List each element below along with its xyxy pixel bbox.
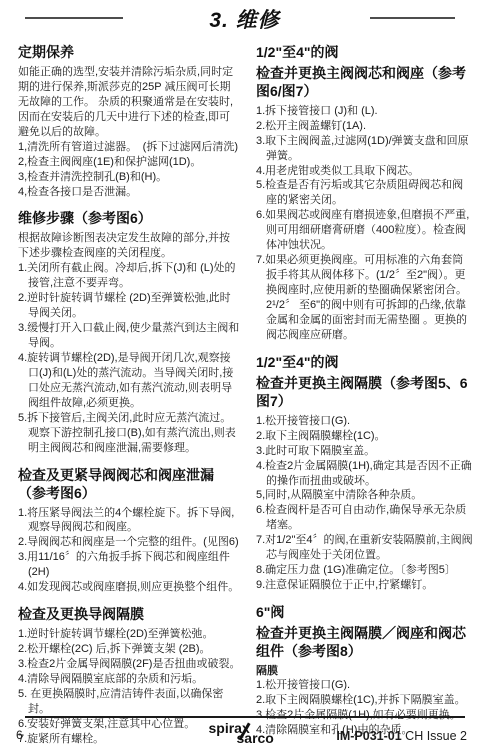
list-item: 1,清洗所有管道过滤器。 (拆下过滤网后清洗) xyxy=(18,140,241,155)
list-item: 4.检查2片金属隔膜(1H),确定其是否因不正确的操作而扭曲或破坏。 xyxy=(256,459,474,489)
list-item: 4,检查各接口是否泄漏。 xyxy=(18,185,241,200)
section-heading: 1/2"至4"的阀 xyxy=(256,44,474,62)
list-item: 3,检查并清洗控制孔(B)和(H)。 xyxy=(18,170,241,185)
list-item: 3.检查2片金属导阀隔膜(2F)是否扭曲或破裂。 xyxy=(18,657,241,672)
document-page: 3. 维修 定期保养如能正确的选型,安装并清除污垢杂质,同时定期的进行保养,斯派… xyxy=(0,0,489,750)
section-heading: 检查并更换主阀隔膜（参考图5、6 图7） xyxy=(256,375,474,411)
section-subheading: 隔膜 xyxy=(256,664,474,678)
section-paragraph: 根据故障诊断图表决定发生故障的部分,并按下述步骤检查阀座的关闭程度。 xyxy=(18,231,241,261)
logo-text-sarco: sarco xyxy=(237,730,274,746)
list-item: 5.拆下接管后,主阀关闭,此时应无蒸汽流过。观察下游控制孔接口(B),如有蒸汽流… xyxy=(18,411,241,456)
list-item: 4.清除导阀隔膜室底部的杂质和污垢。 xyxy=(18,672,241,687)
list-item: 5. 在更换隔膜时,应清洁铸件表面,以确保密封。 xyxy=(18,687,241,717)
list-item: 1.逆时针旋转调节螺栓(2D)至弹簧松弛。 xyxy=(18,627,241,642)
list-item: 2.取下主阀隔膜螺栓(1C)。 xyxy=(256,429,474,444)
list-item: 1.松开接管接口(G). xyxy=(256,414,474,429)
page-title: 3. 维修 xyxy=(209,4,279,34)
title-row: 3. 维修 xyxy=(0,4,489,34)
list-item: 3.取下主阀阀盖,过滤网(1D)/弹簧支盘和回原弹簧。 xyxy=(256,134,474,164)
document-reference: IM-P031-01 CH Issue 2 xyxy=(336,729,467,743)
list-item: 5.检查是否有污垢或其它杂质阻碍阀芯和阀座的紧密关闭。 xyxy=(256,178,474,208)
list-item: 2.导阀阀芯和阀座是一个完整的组件。(见图6) xyxy=(18,535,241,550)
right-column: 1/2"至4"的阀检查并更换主阀阀芯和阀座（参考图6/图7）1.拆下接管接口 (… xyxy=(256,44,474,749)
list-item: 7.如果必须更换阀座。可用标准的六角套筒扳手将其从阀体移下。(1/2〞至2"阀）… xyxy=(256,253,474,343)
section-heading: 检查并更换主阀阀芯和阀座（参考图6/图7） xyxy=(256,65,474,101)
list-item: 3.此时可取下隔膜室盖。 xyxy=(256,444,474,459)
list-item: 6.检查阀杆是否可自由动作,确保导承无杂质堵塞。 xyxy=(256,503,474,533)
section-heading: 维修步骤（参考图6） xyxy=(18,210,241,228)
list-item: 2.松开主阀盖螺钉(1A). xyxy=(256,119,474,134)
list-item: 1.将压紧导阀法兰的4个螺栓旋下。拆下导阀,观察导阀阀芯和阀座。 xyxy=(18,506,241,536)
section-heading: 定期保养 xyxy=(18,44,241,62)
list-item: 2.取下主阀隔膜螺栓(1C),并拆下隔膜室盖。 xyxy=(256,693,474,708)
list-item: 2.松开螺栓(2C) 后,拆下弹簧支架 (2B)。 xyxy=(18,642,241,657)
doc-section: 定期保养如能正确的选型,安装并清除污垢杂质,同时定期的进行保养,斯派莎克的25P… xyxy=(18,44,241,199)
doc-section: 检查及更紧导阀阀芯和阀座泄漏（参考图6）1.将压紧导阀法兰的4个螺栓旋下。拆下导… xyxy=(18,467,241,596)
list-item: 4.旋转调节螺栓(2D),是导阀开闭几次,观察接口(J)和(L)处的蒸汽流动。当… xyxy=(18,351,241,411)
list-item: 1.松开接管接口(G). xyxy=(256,678,474,693)
doc-ref-code: IM-P031-01 xyxy=(336,729,401,743)
text-columns: 定期保养如能正确的选型,安装并清除污垢杂质,同时定期的进行保养,斯派莎克的25P… xyxy=(18,44,474,750)
list-item: 3.用11/16〞的六角扳手拆下阀芯和阀座组件(2H) xyxy=(18,550,241,580)
doc-section: 1/2"至4"的阀检查并更换主阀阀芯和阀座（参考图6/图7）1.拆下接管接口 (… xyxy=(256,44,474,343)
doc-section: 维修步骤（参考图6）根据故障诊断图表决定发生故障的部分,并按下述步骤检查阀座的关… xyxy=(18,210,241,455)
doc-section: 1/2"至4"的阀检查并更换主阀隔膜（参考图5、6 图7）1.松开接管接口(G)… xyxy=(256,354,474,593)
list-item: 4.如发现阀芯或阀座磨损,则应更换整个组件。 xyxy=(18,580,241,595)
list-item: 8.确定压力盘 (1G)准确定位。〔参考图5〕 xyxy=(256,563,474,578)
section-heading: 6"阀 xyxy=(256,604,474,622)
list-item: 4.用老虎钳或类似工具取下阀芯。 xyxy=(256,164,474,179)
doc-ref-issue: CH Issue 2 xyxy=(402,729,467,743)
section-paragraph: 如能正确的选型,安装并清除污垢杂质,同时定期的进行保养,斯派莎克的25P 减压阀… xyxy=(18,65,241,140)
list-item: 1.拆下接管接口 (J)和 (L). xyxy=(256,104,474,119)
left-column: 定期保养如能正确的选型,安装并清除污垢杂质,同时定期的进行保养,斯派莎克的25P… xyxy=(18,44,241,750)
list-item: 7.对1/2"至4〞的阀,在重新安装隔膜前,主阀阀芯与阀座处于关闭位置。 xyxy=(256,533,474,563)
list-item: 1.关闭所有截止阀。冷却后,拆下(J)和 (L)处的接管,注意不要弄弯。 xyxy=(18,261,241,291)
title-rule-right xyxy=(370,17,455,19)
list-item: 3.缓慢打开入口截止阀,使少量蒸汽到达主阀和导阀。 xyxy=(18,321,241,351)
list-item: 5,同时,从隔膜室中清除各种杂质。 xyxy=(256,488,474,503)
list-item: 9.注意保证隔膜位于正中,拧紧螺钉。 xyxy=(256,578,474,593)
section-heading: 检查及更紧导阀阀芯和阀座泄漏（参考图6） xyxy=(18,467,241,503)
footer-rule xyxy=(25,716,465,718)
logo-box: spirax sarco xyxy=(203,720,287,748)
list-item: 6.如果阀芯或阀座有磨损迹象,但磨损不严重,则可用细研磨膏研磨（400粒度）。检… xyxy=(256,208,474,253)
list-item: 2.逆时针旋转调节螺栓 (2D)至弹簧松弛,此时导阀关闭。 xyxy=(18,291,241,321)
list-item: 2,检查主阀阀座(1E)和保护滤网(1D)。 xyxy=(18,155,241,170)
section-heading: 1/2"至4"的阀 xyxy=(256,354,474,372)
section-heading: 检查及更换导阀隔膜 xyxy=(18,606,241,624)
section-heading: 检查并更换主阀隔膜／阀座和阀芯组件（参考图8） xyxy=(256,625,474,661)
